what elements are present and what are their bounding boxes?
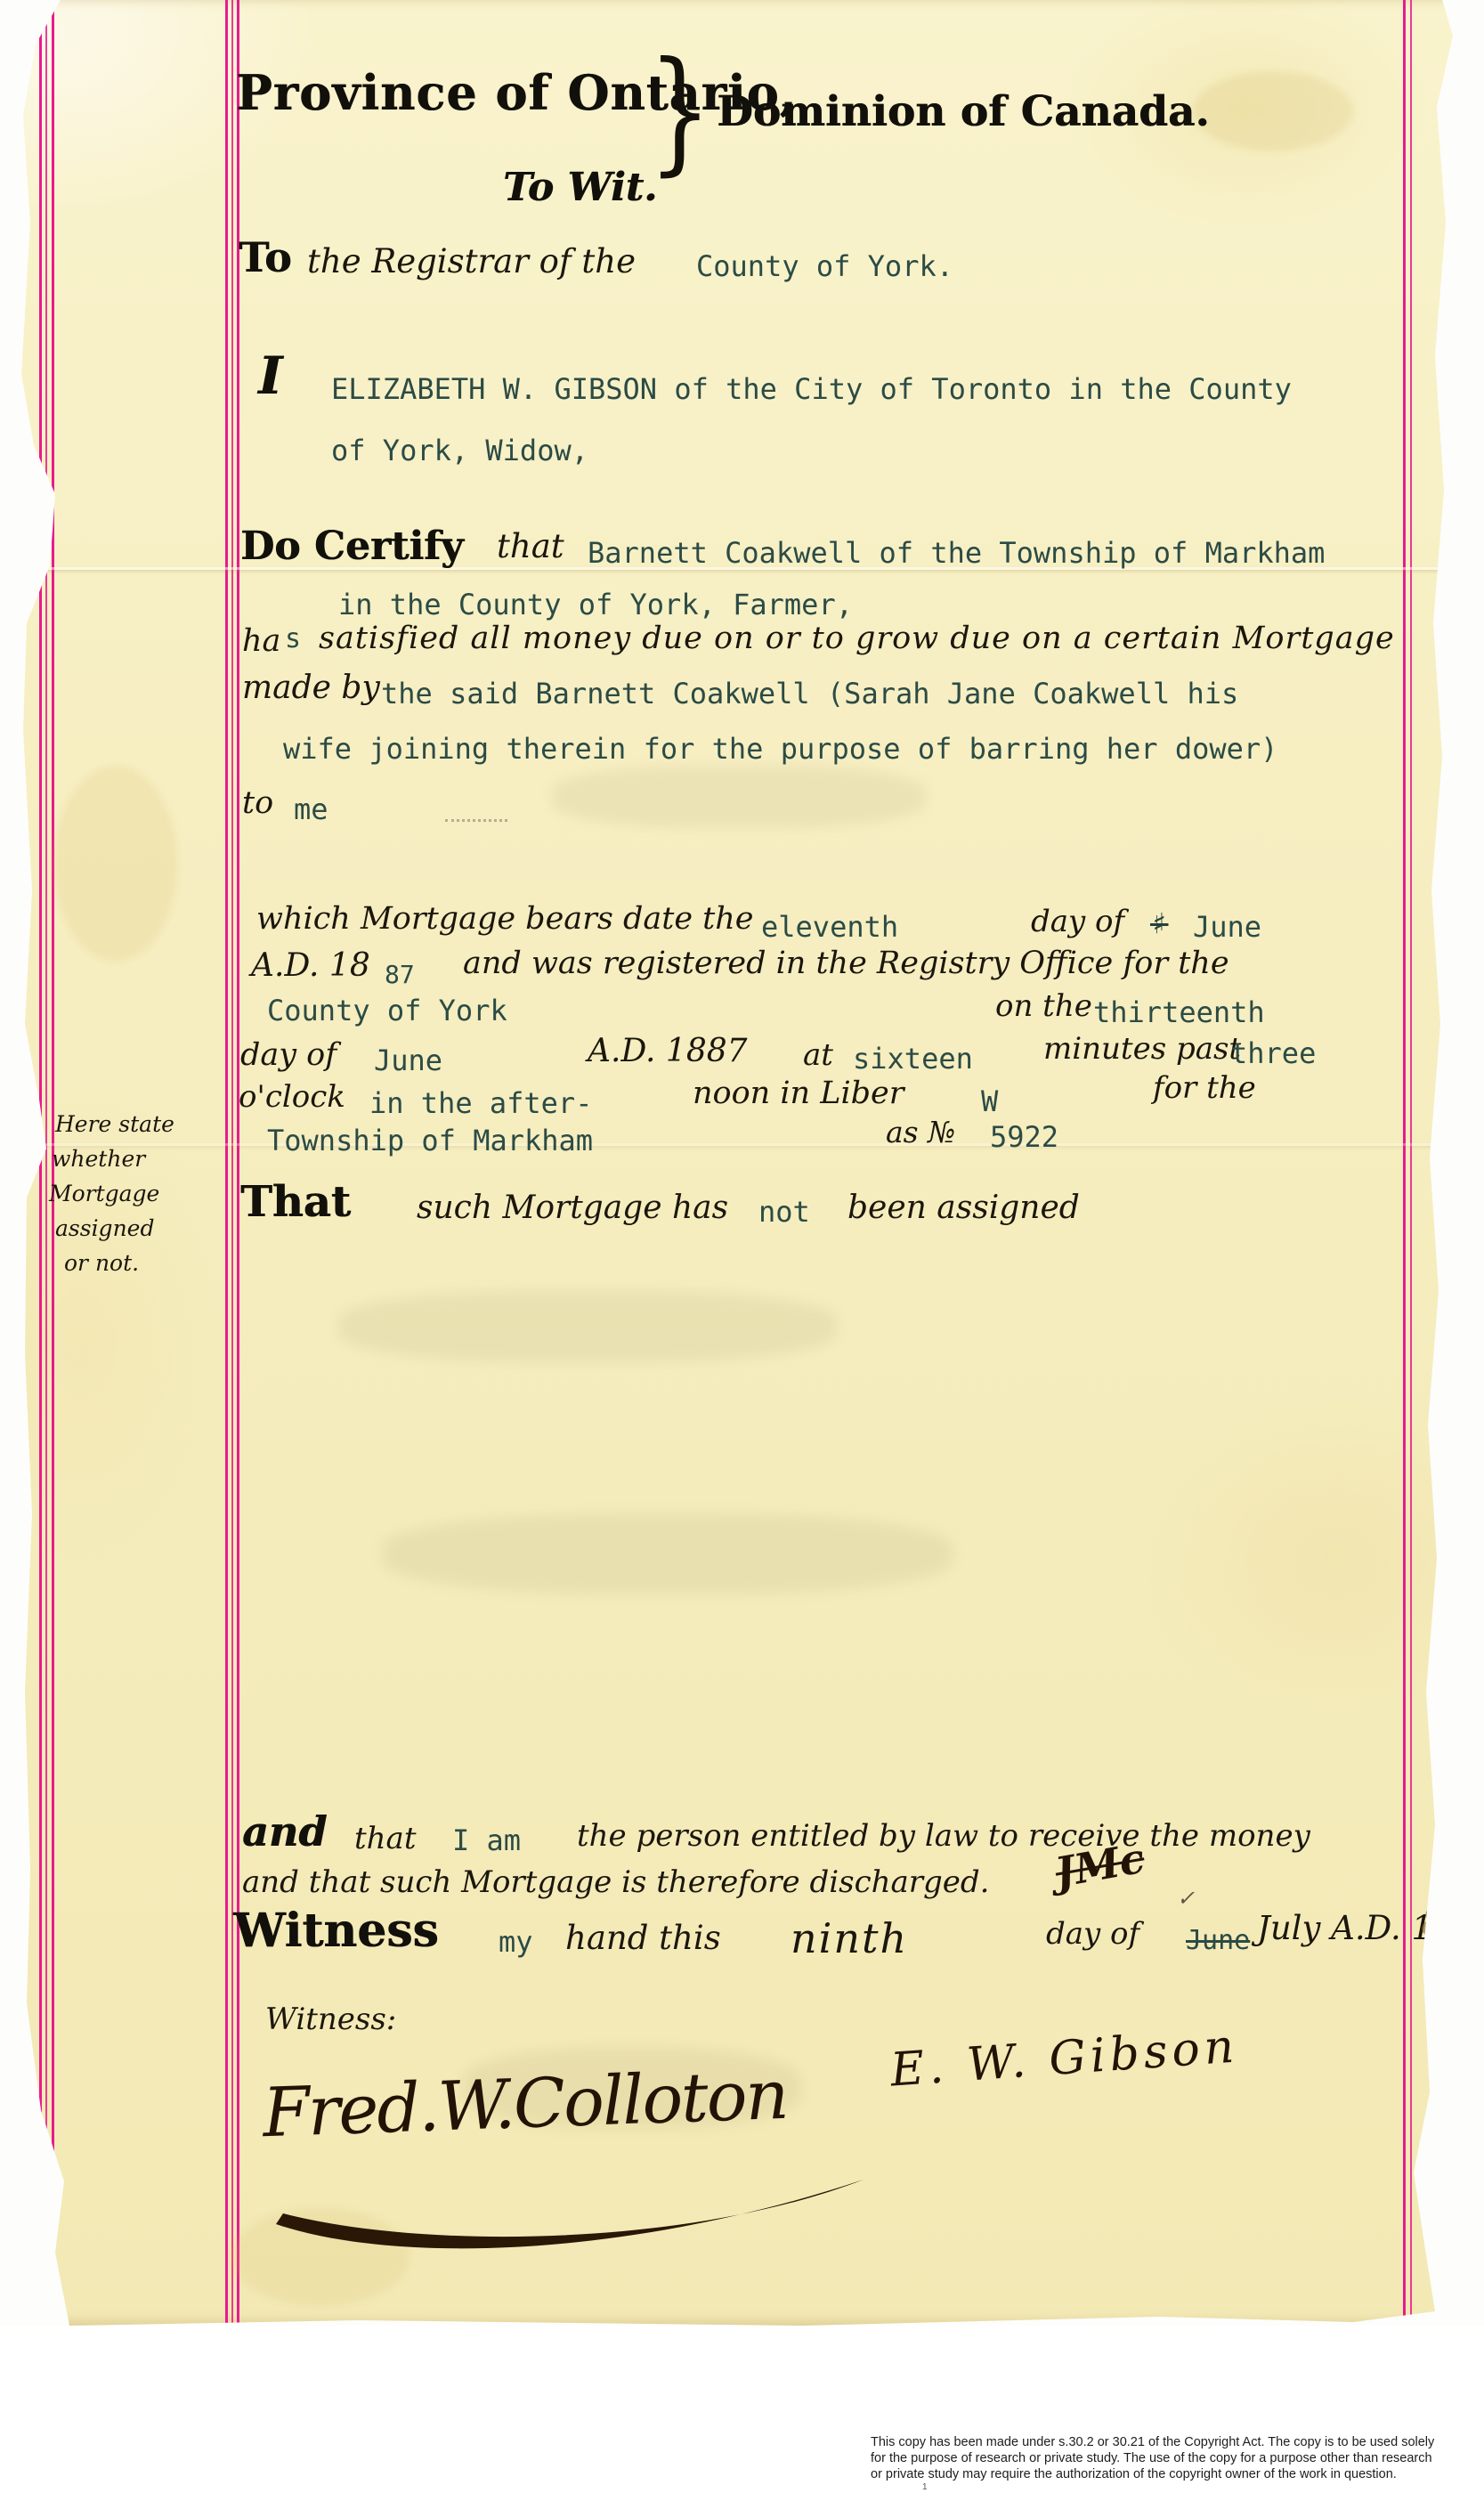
assignment-hand2: been assigned	[847, 1190, 1080, 1226]
margin-rule-left-2	[45, 0, 47, 2326]
reg-thirteenth: thirteenth	[1093, 995, 1265, 1029]
certify-me-typed: me	[294, 792, 328, 826]
certify-satisfied: satisfied all money due on or to grow du…	[319, 621, 1395, 656]
witness-signature: Fred.W.Colloton	[262, 2055, 789, 2153]
reg-registered: and was registered in the Registry Offic…	[463, 946, 1229, 981]
witness-ninth: ninth	[791, 1914, 908, 1962]
reg-ad18: A.D. 18	[251, 947, 370, 984]
discharge-entitled: the person entitled by law to receive th…	[577, 1818, 1310, 1854]
age-spot	[53, 766, 178, 962]
witness-july: July A.D. 189	[1257, 1909, 1474, 1947]
margin-note-line2: whether	[52, 1146, 145, 1172]
certify-has-s: s	[285, 623, 301, 654]
margin-note-line4: assigned	[55, 1215, 154, 1241]
discharge-i-am: I am	[452, 1823, 521, 1857]
discharge-that: that	[354, 1821, 417, 1856]
certify-made-by-typed: the said Barnett Coakwell (Sarah Jane Co…	[381, 677, 1238, 711]
salutation-to: To	[239, 233, 292, 281]
declarant-line2: of York, Widow,	[331, 434, 588, 467]
margin-note-line5: or not.	[64, 1250, 139, 1276]
reg-sixteen: sixteen	[853, 1042, 973, 1076]
margin-note-line3: Mortgage	[49, 1181, 159, 1206]
fold-crease	[0, 1143, 1484, 1146]
reg-liber-w: W	[981, 1084, 998, 1118]
margin-rule-mid-2	[231, 0, 233, 2326]
scanned-document-page: { "header": { "province": "Province of O…	[0, 0, 1484, 2493]
witness-year-last-digit: 8	[1421, 1900, 1445, 1944]
assignment-not: not	[758, 1195, 810, 1229]
reg-for-the: for the	[1153, 1070, 1256, 1106]
reg-as-no: as №	[886, 1115, 955, 1149]
reg-minutes-past: minutes past	[1043, 1031, 1241, 1067]
dominion-title: Dominion of Canada.	[717, 87, 1210, 136]
reg-township: Township of Markham	[267, 1124, 593, 1157]
copy-strip: This copy has been made under s.30.2 or …	[0, 2326, 1484, 2493]
reg-eleventh: eleventh	[761, 910, 898, 944]
reg-three: three	[1230, 1036, 1316, 1070]
ghost-showthrough	[338, 1291, 837, 1362]
margin-rule-mid-1	[225, 0, 228, 2326]
margin-rule-mid-3	[237, 0, 239, 2326]
copyright-line2: for the purpose of research or private s…	[871, 2450, 1432, 2466]
reg-oclock: o'clock	[239, 1079, 345, 1115]
declarant-initial: I	[258, 345, 282, 406]
witness-check-mark: ✓	[1177, 1886, 1195, 1911]
curly-brace: }	[648, 34, 712, 189]
reg-number: 5922	[990, 1120, 1058, 1154]
assignment-hand1: such Mortgage has	[417, 1190, 728, 1226]
certify-line1: Barnett Coakwell of the Township of Mark…	[588, 536, 1325, 570]
copyright-line3: or private study may require the authori…	[871, 2466, 1397, 2482]
reg-strikeover-mark: ♯	[1150, 906, 1168, 942]
reg-ad1887: A.D. 1887	[588, 1033, 748, 1069]
reg-noon-liber: noon in Liber	[693, 1076, 904, 1111]
document-paper: Province of Ontario, } Dominion of Canad…	[0, 0, 1484, 2326]
reg-year87: 87	[385, 960, 415, 989]
witness-label-blackletter: Witness	[233, 1904, 439, 1958]
and-label: and	[242, 1807, 327, 1856]
declarant-line1: ELIZABETH W. GIBSON of the City of Toron…	[331, 372, 1292, 406]
ghost-showthrough	[383, 1514, 953, 1594]
reg-month-2: June	[374, 1043, 442, 1077]
certify-has-hand: ha	[242, 623, 280, 659]
that-label: That	[240, 1177, 351, 1227]
witness-hand-this: hand this	[565, 1919, 721, 1957]
province-title: Province of Ontario,	[236, 64, 797, 121]
certify-line2: in the County of York, Farmer,	[338, 588, 853, 621]
margin-rule-right-1	[1403, 0, 1406, 2326]
reg-county: County of York	[267, 994, 507, 1027]
reg-on-the: on the	[995, 988, 1092, 1024]
ghost-showthrough	[552, 766, 926, 828]
page-mark: 1	[922, 2482, 928, 2492]
margin-rule-left-1	[39, 0, 42, 2326]
certify-to-hand: to	[242, 785, 273, 821]
do-certify-label: Do Certify	[240, 524, 464, 569]
reg-day-of-2: day of	[240, 1037, 337, 1073]
signature-flourish	[249, 2146, 908, 2270]
salutation-registrar: the Registrar of the	[307, 242, 636, 280]
witness-my: my	[499, 1925, 533, 1959]
margin-rule-right-2	[1410, 0, 1412, 2326]
principal-signature: E. W. Gibson	[888, 2019, 1240, 2097]
certify-wife-line: wife joining therein for the purpose of …	[283, 732, 1277, 766]
salutation-county: County of York.	[696, 249, 953, 283]
margin-note-line1: Here state	[55, 1111, 174, 1137]
witness-june-struck: June	[1186, 1925, 1250, 1956]
reg-which: which Mortgage bears date the	[256, 901, 753, 937]
to-wit-label: To Wit.	[503, 165, 657, 210]
witness-day-of: day of	[1046, 1916, 1139, 1952]
discharge-line2: and that such Mortgage is therefore disc…	[242, 1864, 990, 1900]
certify-made-by: made by	[242, 670, 380, 706]
reg-at: at	[803, 1037, 833, 1073]
copyright-line1: This copy has been made under s.30.2 or …	[871, 2434, 1434, 2450]
faint-dotted-mark	[445, 819, 507, 822]
age-spot	[1193, 71, 1353, 151]
reg-day-of-1: day of	[1031, 904, 1124, 939]
reg-in-the-after: in the after-	[369, 1086, 592, 1120]
witness-label: Witness:	[265, 2002, 396, 2037]
certify-that: that	[497, 527, 564, 565]
reg-month-1: June	[1193, 910, 1261, 944]
